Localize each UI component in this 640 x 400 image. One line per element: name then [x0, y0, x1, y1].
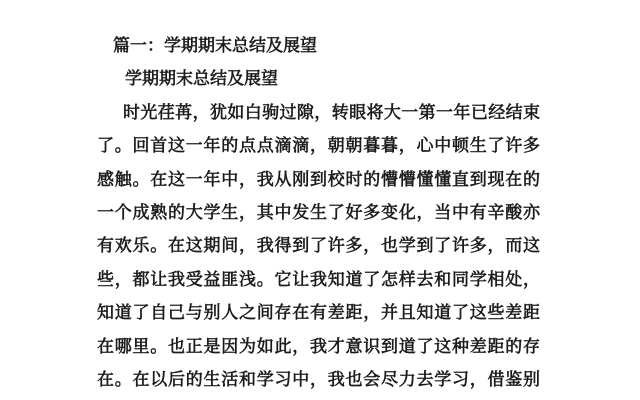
paragraph-line: 在哪里。也正是因为如此，我才意识到道了这种差距的存: [97, 330, 540, 363]
paragraph-line: 感触。在这一年中，我从刚到校时的懵懵懂懂直到现在的: [97, 163, 540, 196]
document-page: 篇一：学期期末总结及展望 学期期末总结及展望 时光荏苒，犹如白驹过隙，转眼将大一…: [0, 0, 640, 400]
paragraph-line: 一个成熟的大学生，其中发生了好多变化，当中有辛酸亦: [97, 196, 540, 229]
paragraph-line: 时光荏苒，犹如白驹过隙，转眼将大一第一年已经结束: [123, 96, 540, 129]
text-block: 篇一：学期期末总结及展望 学期期末总结及展望 时光荏苒，犹如白驹过隙，转眼将大一…: [97, 29, 540, 396]
paragraph-line: 在。在以后的生活和学习中，我也会尽力去学习，借鉴别: [97, 363, 540, 396]
paragraph-line: 了。回首这一年的点点滴滴，朝朝暮暮，心中顿生了许多: [97, 129, 540, 162]
essay-title: 学期期末总结及展望: [125, 62, 540, 95]
paragraph-line: 知道了自己与别人之间存在有差距，并且知道了这些差距: [97, 296, 540, 329]
paragraph-line: 些，都让我受益匪浅。它让我知道了怎样去和同学相处，: [97, 263, 540, 296]
essay-section-heading: 篇一：学期期末总结及展望: [113, 29, 540, 62]
paragraph-line: 有欢乐。在这期间，我得到了许多，也学到了许多，而这: [97, 229, 540, 262]
